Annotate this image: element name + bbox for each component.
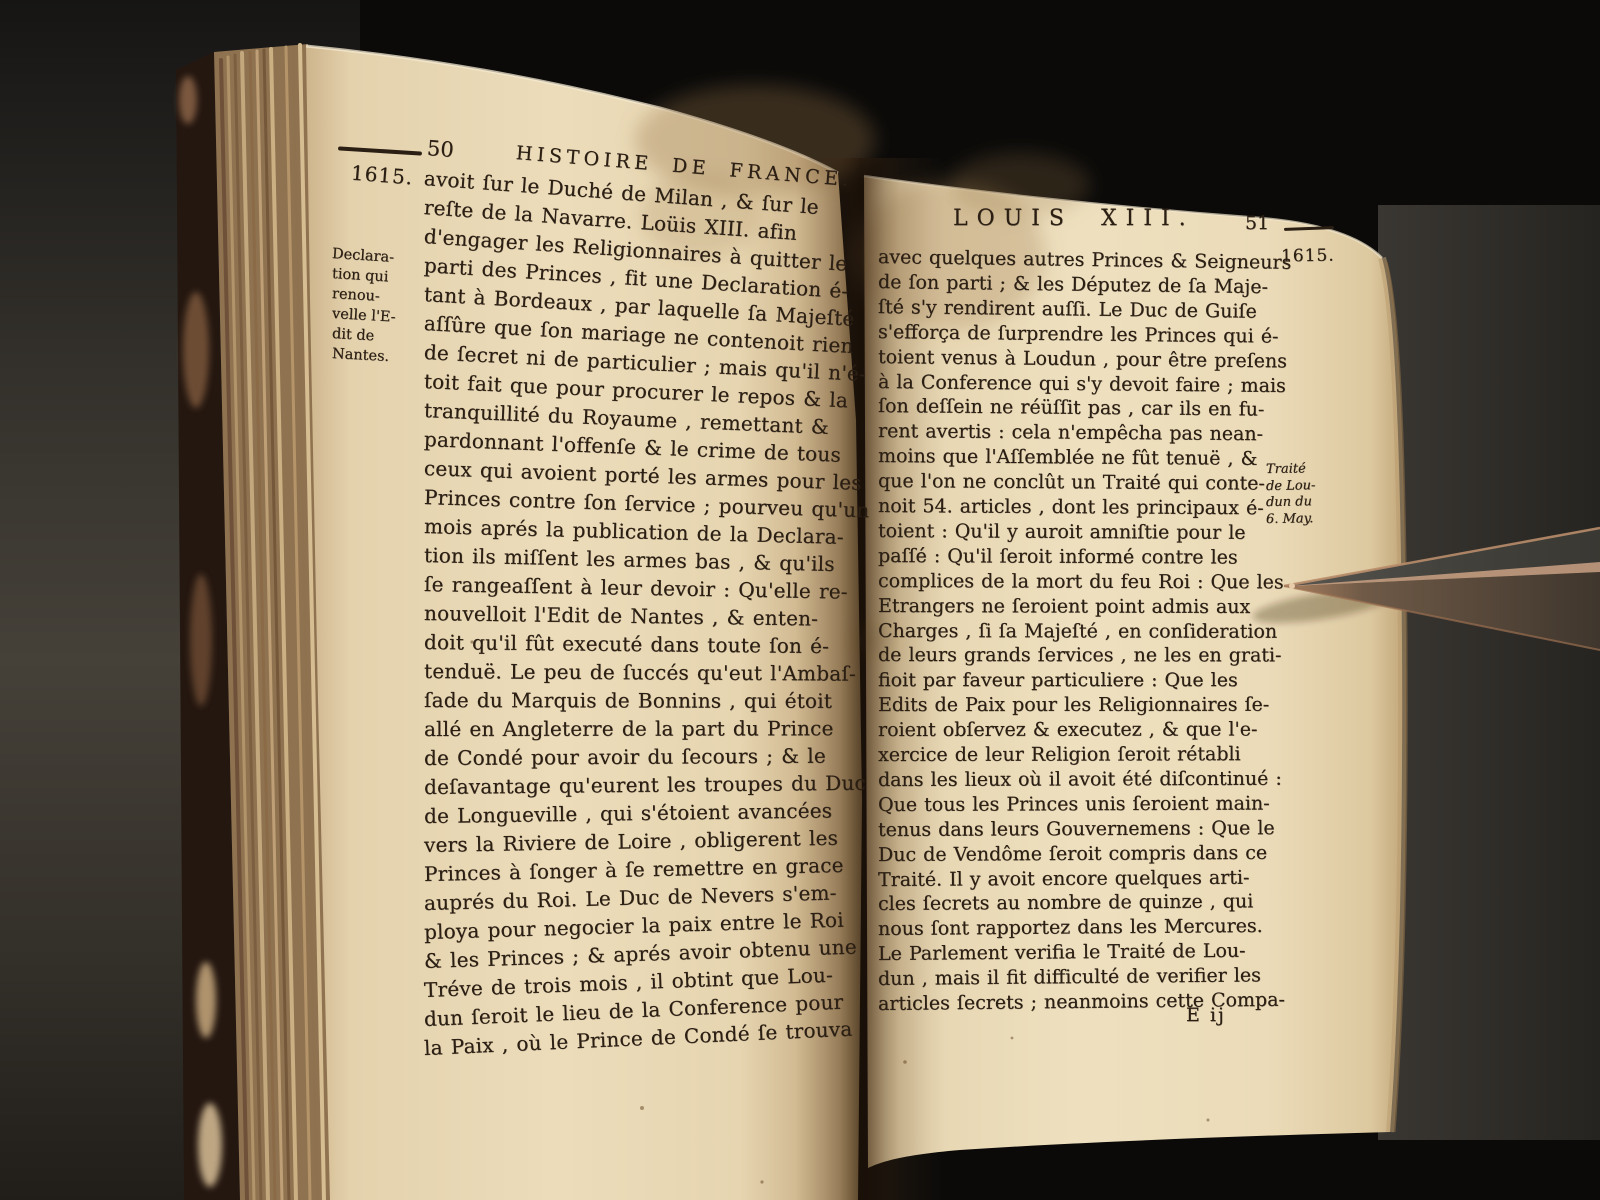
- text-line: renou-: [332, 287, 381, 304]
- text-line: fioit par faveur particuliere : Que les: [878, 671, 1238, 690]
- text-line: de Longueville , qui s'étoient avancées: [424, 800, 832, 826]
- text-line: ſté s'y rendirent auſſi. Le Duc de Guiſe: [878, 298, 1257, 322]
- text-line: de leurs grands ſervices , ne les en gra…: [878, 646, 1281, 665]
- text-line: s'efforça de ſurprendre les Princes qui …: [878, 323, 1279, 347]
- text-line: Traité. Il y avoit encore quelques arti-: [878, 868, 1250, 889]
- text-line: ſon deſſein ne réüſſit pas , car ils en …: [878, 397, 1264, 420]
- text-line: Que tous les Princes unis ſeroient main-: [878, 794, 1270, 815]
- text-line: tenduë. Le peu de ſuccés qu'eut l'Ambaſ-: [424, 661, 856, 684]
- text-line: dit de: [332, 327, 375, 344]
- text-line: Charges , ſi ſa Majeſté , en conſiderati…: [878, 622, 1277, 642]
- text-line: xercice de leur Religion ſeroit rétabli: [878, 745, 1241, 765]
- text-line: que l'on ne conclût un Traité qui conte-: [878, 472, 1265, 494]
- text-line: nous ſont rapportez dans les Mercures.: [878, 917, 1263, 939]
- text-line: tenus dans leurs Gouvernemens : Que le: [878, 819, 1275, 840]
- text-line: doit qu'il fût executé dans toute ſon é-: [424, 632, 829, 656]
- text-line: rent avertis : cela n'empêcha pas nean-: [878, 422, 1263, 444]
- text-line: paſſé : Qu'il ſeroit informé contre les: [878, 547, 1238, 568]
- text-line: cles ſecrets au nombre de quinze , qui: [878, 893, 1253, 915]
- text-line: Nantes.: [332, 347, 390, 364]
- text-line: complices de la mort du feu Roi : Que le…: [878, 572, 1284, 592]
- text-line: Declara-: [332, 247, 395, 265]
- text-line: de Lou-: [1266, 479, 1316, 493]
- text-line: Le Parlement verifia le Traité de Lou-: [878, 942, 1246, 964]
- running-title-right: LOUIS XIII.: [953, 206, 1195, 231]
- signature-mark: E ij: [1186, 1004, 1226, 1026]
- text-line: velle l'E-: [332, 307, 396, 325]
- text-line: toient : Qu'il y auroit amniſtie pour le: [878, 522, 1246, 543]
- text-line: moins que l'Aſſemblée ne fût tenuë , &: [878, 447, 1258, 469]
- margin-year-left: 1615.: [350, 161, 414, 190]
- text-line: à la Conference qui s'y devoit faire ; m…: [878, 373, 1286, 396]
- text-line: de ſon parti ; & les Députez de ſa Maje-: [878, 273, 1268, 297]
- text-line: nouvelloit l'Edit de Nantes , & enten-: [424, 603, 818, 629]
- text-line: 6. May.: [1266, 512, 1314, 526]
- text-line: Duc de Vendôme ſeroit compris dans ce: [878, 843, 1267, 864]
- text-line: toient venus à Loudun , pour être preſen…: [878, 348, 1287, 371]
- text-line: Etrangers ne ſeroient point admis aux: [878, 597, 1250, 617]
- text-line: Traité: [1266, 462, 1306, 476]
- text-line: roient obſervez & executez , & que l'e-: [878, 721, 1257, 741]
- text-line: ſade du Marquis de Bonnins , qui étoit: [424, 690, 832, 711]
- page-number-right: 51: [1245, 212, 1269, 234]
- text-line: dans les lieux où il avoit été diſcontin…: [878, 770, 1282, 790]
- text-line: deſavantage qu'eurent les troupes du Duc: [424, 773, 866, 797]
- text-line: Edits de Paix pour les Religionnaires ſe…: [878, 696, 1269, 715]
- text-line: allé en Angleterre de la part du Prince: [424, 718, 834, 739]
- text-line: dun du: [1266, 495, 1312, 509]
- blade-tip-glint: [1289, 583, 1295, 589]
- text-line: noit 54. articles , dont les principaux …: [878, 497, 1264, 518]
- text-line: dun , mais il fit difficulté de verifier…: [878, 966, 1261, 989]
- text-line: tion qui: [332, 267, 389, 285]
- text-line: de Condé pour avoir du ſecours ; & le: [424, 746, 826, 768]
- book-photograph: 50 HISTOIRE DE FRANCE. 1615. Declara-tio…: [0, 0, 1600, 1200]
- backdrop-right-gray: [1378, 205, 1600, 1140]
- page-number-left: 50: [426, 136, 454, 162]
